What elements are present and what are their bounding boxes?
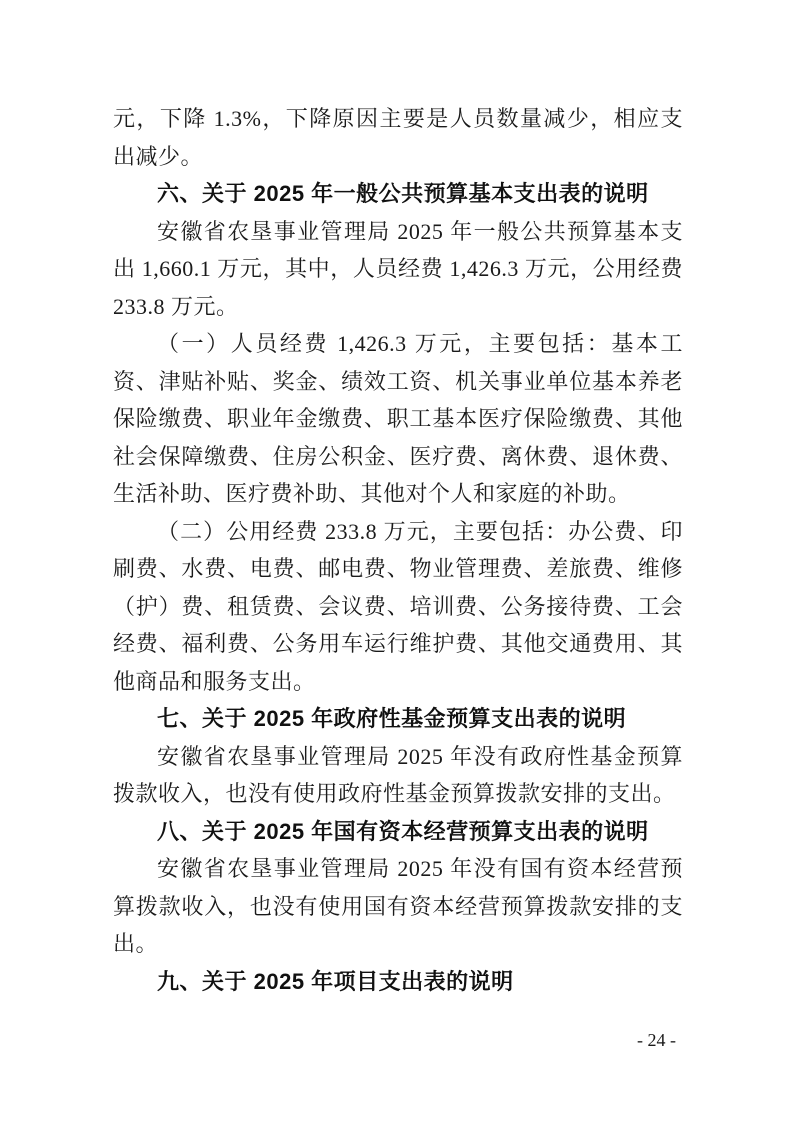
page-number: - 24 - — [113, 1030, 676, 1050]
paragraph-government-fund: 安徽省农垦事业管理局 2025 年没有政府性基金预算拨款收入，也没有使用政府性基… — [113, 738, 683, 813]
paragraph-continuation: 元，下降 1.3%，下降原因主要是人员数量减少，相应支出减少。 — [113, 100, 683, 175]
paragraph-personnel-expenses: （一）人员经费 1,426.3 万元，主要包括：基本工资、津贴补贴、奖金、绩效工… — [113, 325, 683, 513]
paragraph-basic-expenditure-total: 安徽省农垦事业管理局 2025 年一般公共预算基本支出 1,660.1 万元，其… — [113, 213, 683, 326]
paragraph-state-capital: 安徽省农垦事业管理局 2025 年没有国有资本经营预算拨款收入，也没有使用国有资… — [113, 850, 683, 963]
paragraph-public-expenses: （二）公用经费 233.8 万元，主要包括：办公费、印刷费、水费、电费、邮电费、… — [113, 513, 683, 701]
section-heading-9: 九、关于 2025 年项目支出表的说明 — [113, 963, 683, 1001]
document-page: 元，下降 1.3%，下降原因主要是人员数量减少，相应支出减少。 六、关于 202… — [0, 0, 794, 1123]
section-heading-6: 六、关于 2025 年一般公共预算基本支出表的说明 — [113, 175, 683, 213]
section-heading-7: 七、关于 2025 年政府性基金预算支出表的说明 — [113, 700, 683, 738]
section-heading-8: 八、关于 2025 年国有资本经营预算支出表的说明 — [113, 813, 683, 851]
document-body: 元，下降 1.3%，下降原因主要是人员数量减少，相应支出减少。 六、关于 202… — [113, 100, 683, 1000]
